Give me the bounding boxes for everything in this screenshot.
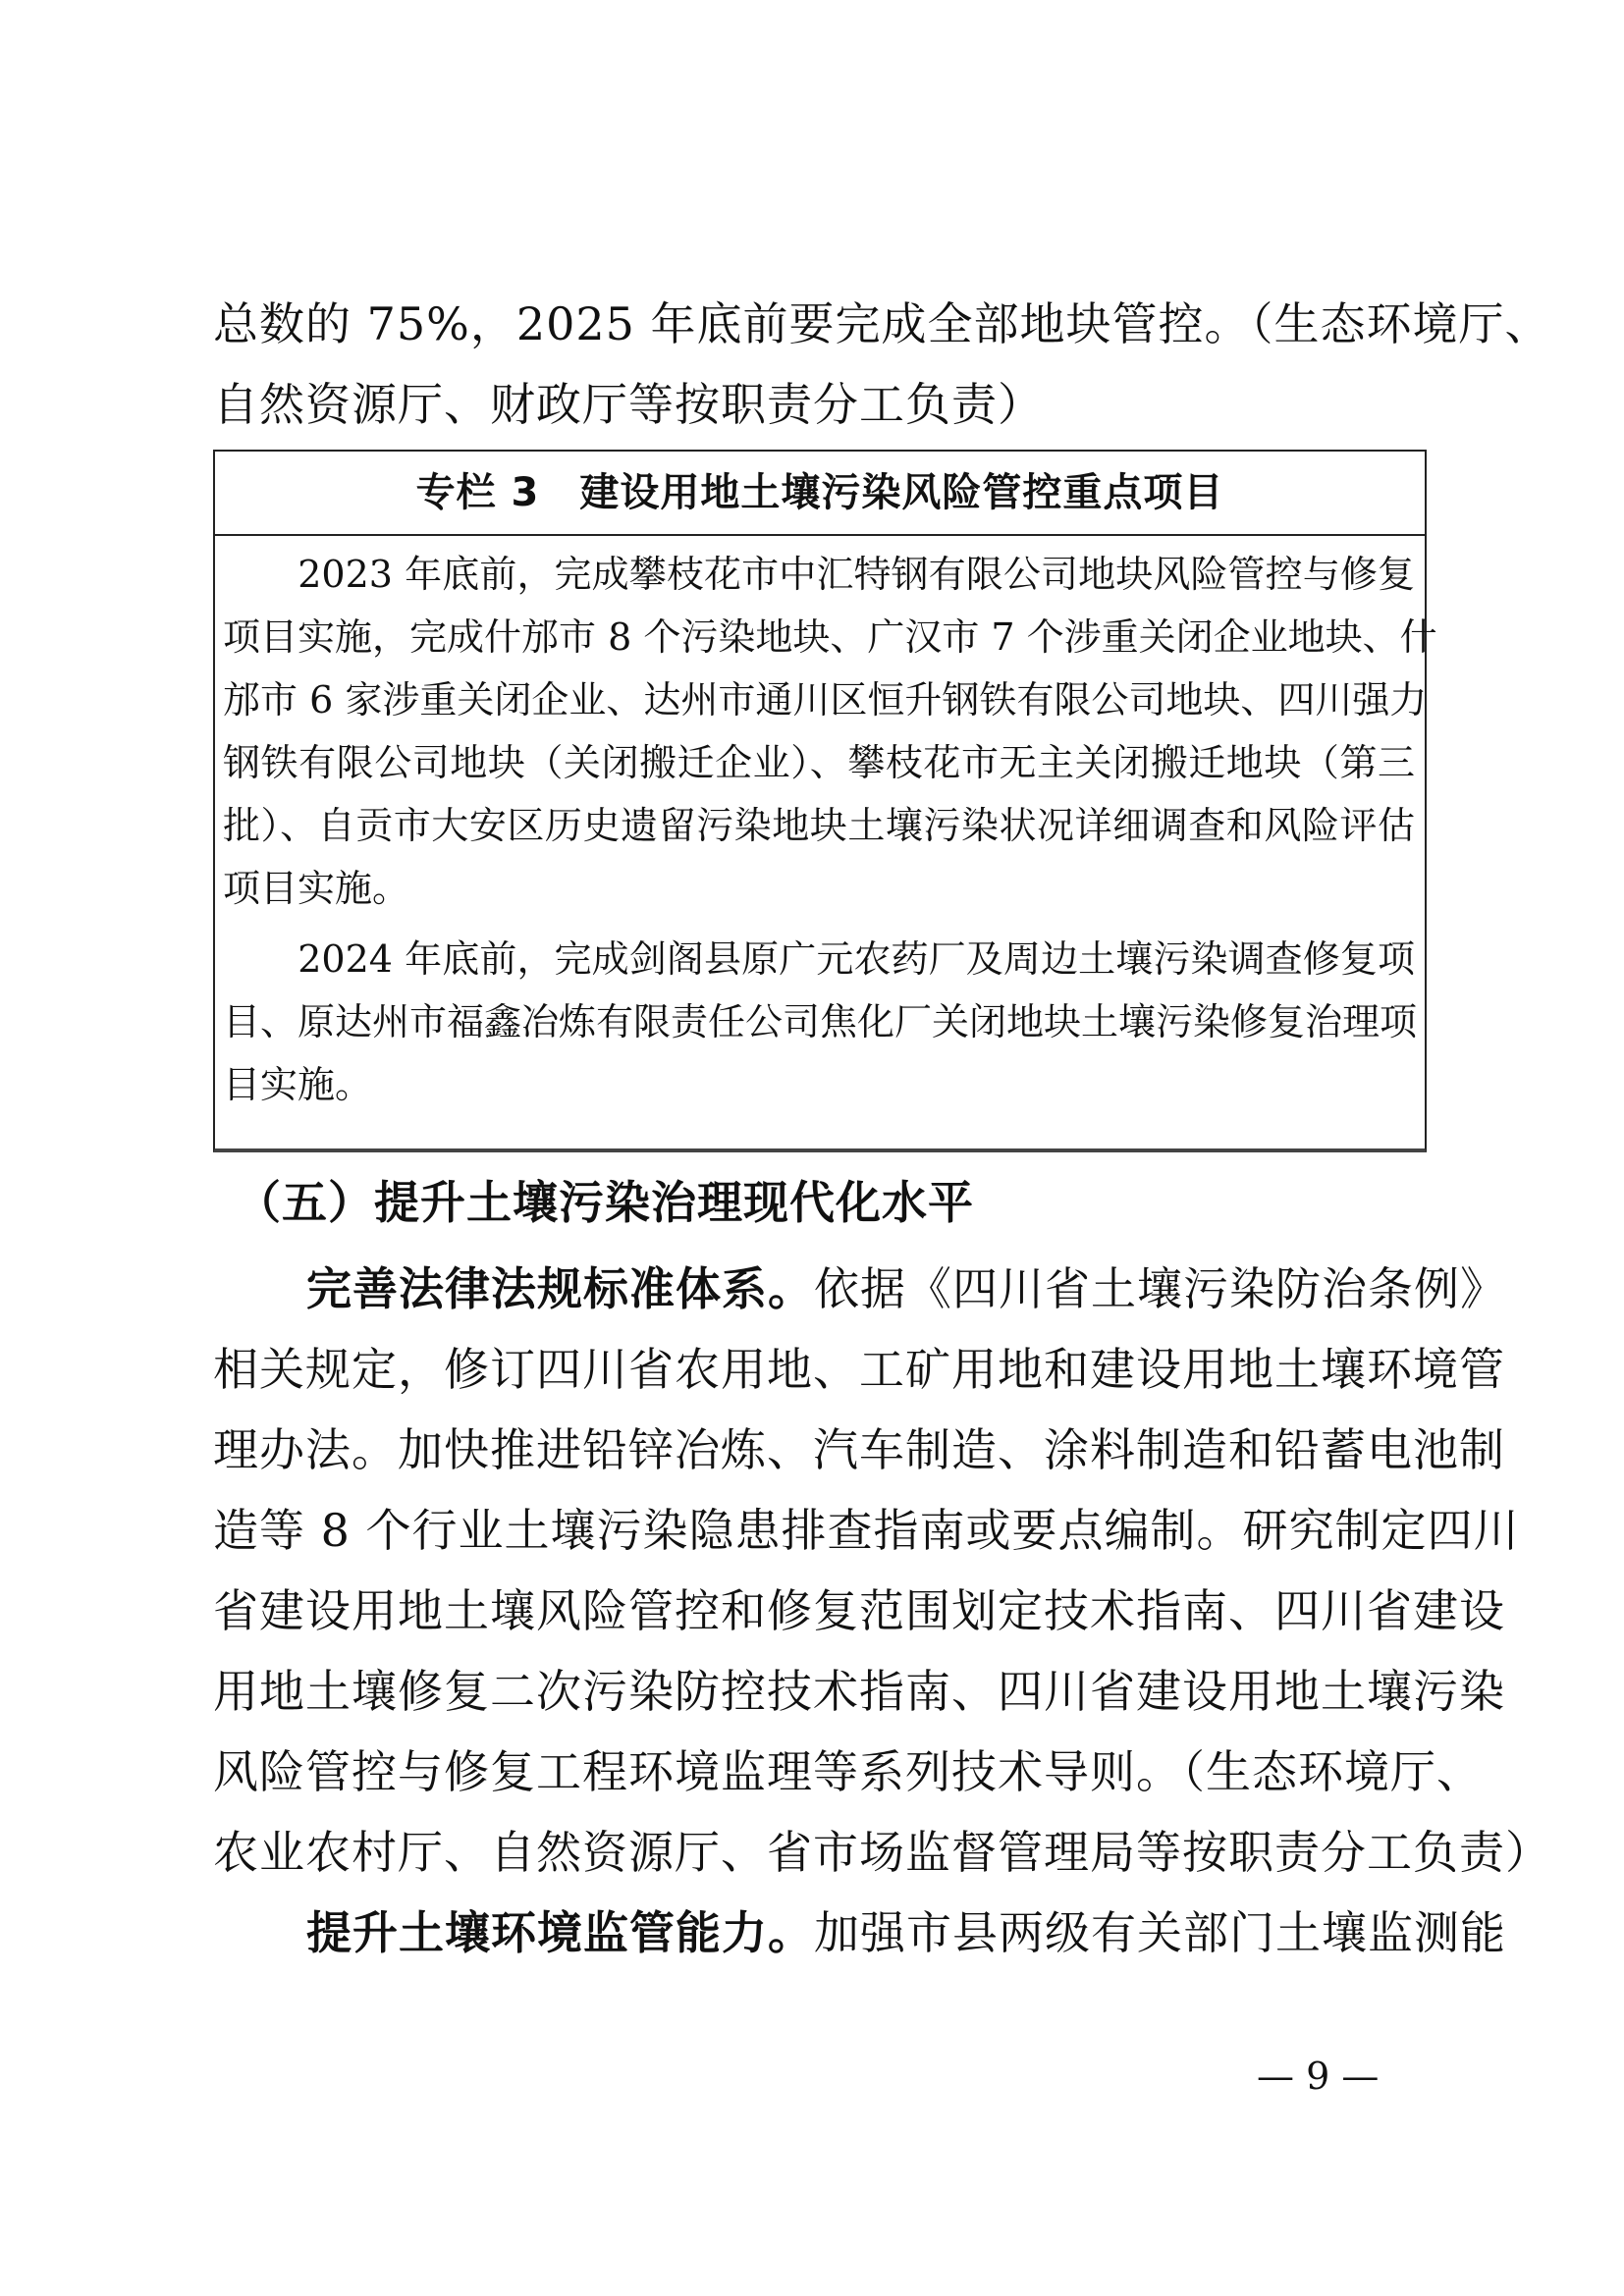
- para2-first-line-rest: 加强市县两级有关部门土壤监测能: [814, 1906, 1506, 1959]
- para1-line-7: 风险管控与修复工程环境监理等系列技术导则。（生态环境厅、: [213, 1742, 1425, 1801]
- para1-first-line-rest: 依据《四川省土壤污染防治条例》: [814, 1262, 1506, 1315]
- page-number: — 9 —: [1257, 2052, 1379, 2101]
- para2-line-1: 提升土壤环境监管能力。加强市县两级有关部门土壤监测能: [306, 1903, 1425, 1962]
- box-p1-line-3: 邡市 6 家涉重关闭企业、达州市通川区恒升钢铁有限公司地块、四川强力: [223, 675, 1415, 724]
- box-p2-line-1: 2024 年底前，完成剑阁县原广元农药厂及周边土壤污染调查修复项: [223, 934, 1415, 984]
- para1-line-6: 用地土壤修复二次污染防控技术指南、四川省建设用地土壤污染: [213, 1662, 1425, 1721]
- para1-line-4: 造等 8 个行业土壤污染隐患排查指南或要点编制。研究制定四川: [213, 1501, 1425, 1560]
- box-p1-line-1: 2023 年底前，完成攀枝花市中汇特钢有限公司地块风险管控与修复: [223, 550, 1415, 599]
- section-heading: （五）提升土壤污染治理现代化水平: [236, 1173, 974, 1232]
- box-p1-line-5: 批）、自贡市大安区历史遗留污染地块土壤污染状况详细调查和风险评估: [223, 801, 1415, 850]
- para1-line-1: 完善法律法规标准体系。依据《四川省土壤污染防治条例》: [306, 1259, 1425, 1318]
- box-p1-line-2: 项目实施，完成什邡市 8 个污染地块、广汉市 7 个涉重关闭企业地块、什: [223, 613, 1415, 662]
- box-p2-line-2: 目、原达州市福鑫冶炼有限责任公司焦化厂关闭地块土壤污染修复治理项: [223, 997, 1415, 1046]
- box-p2-line-3: 目实施。: [223, 1060, 1415, 1109]
- para1-line-5: 省建设用地土壤风险管控和修复范围划定技术指南、四川省建设: [213, 1581, 1425, 1640]
- para1-line-3: 理办法。加快推进铅锌冶炼、汽车制造、涂料制造和铅蓄电池制: [213, 1420, 1425, 1479]
- document-page: 总数的 75%，2025 年底前要完成全部地块管控。（生态环境厅、 自然资源厅、…: [0, 0, 1624, 2296]
- para2-lead: 提升土壤环境监管能力。: [306, 1906, 814, 1959]
- column-box-header: 专栏 3 建设用地土壤污染风险管控重点项目: [215, 452, 1425, 536]
- intro-line-2: 自然资源厅、财政厅等按职责分工负责）: [213, 375, 1425, 434]
- column-box: 专栏 3 建设用地土壤污染风险管控重点项目 2023 年底前，完成攀枝花市中汇特…: [213, 450, 1427, 1152]
- para1-lead: 完善法律法规标准体系。: [306, 1262, 814, 1315]
- box-p1-line-6: 项目实施。: [223, 864, 1415, 913]
- para1-line-8: 农业农村厅、自然资源厅、省市场监督管理局等按职责分工负责）: [213, 1823, 1425, 1882]
- para1-line-2: 相关规定，修订四川省农用地、工矿用地和建设用地土壤环境管: [213, 1340, 1425, 1399]
- column-box-title: 专栏 3 建设用地土壤污染风险管控重点项目: [416, 470, 1224, 515]
- box-p1-line-4: 钢铁有限公司地块（关闭搬迁企业）、攀枝花市无主关闭搬迁地块（第三: [223, 738, 1415, 787]
- intro-line-1: 总数的 75%，2025 年底前要完成全部地块管控。（生态环境厅、: [213, 294, 1425, 353]
